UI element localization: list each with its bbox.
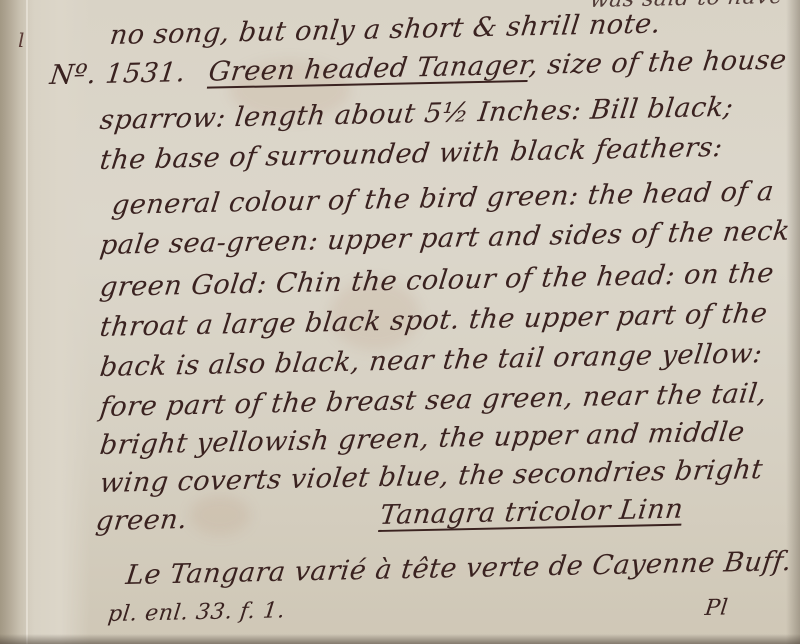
entry-title: Green headed Tanager <box>207 50 531 88</box>
page-mark: Pl <box>704 596 730 621</box>
entry-number: Nº. 1531. <box>48 57 187 91</box>
manuscript-line: bright yellowish green, the upper and mi… <box>98 417 746 461</box>
latin-name: Tanagra tricolor Linn <box>378 494 685 531</box>
manuscript-line: throat a large black spot. the upper par… <box>98 298 769 343</box>
entry-title-continuation: , size of the house <box>528 45 789 81</box>
manuscript-line: wing coverts violet blue, the secondries… <box>98 454 764 499</box>
margin-mark: l <box>18 28 25 52</box>
entry-header: Nº. 1531. Green headed Tanager, size of … <box>48 45 788 91</box>
manuscript-line: no song, but only a short & shrill note. <box>108 9 662 51</box>
manuscript-line: general colour of the bird green: the he… <box>110 176 776 221</box>
plate-reference: pl. enl. 33. f. 1. <box>107 598 287 627</box>
manuscript-line: back is also black, near the tail orange… <box>98 338 764 383</box>
manuscript-line: pale sea-green: upper part and sides of … <box>98 216 792 261</box>
manuscript-photo: was said to have l no song, but only a s… <box>0 0 800 644</box>
manuscript-line: fore part of the breast sea green, near … <box>98 378 768 423</box>
page-fold-shadow <box>0 0 34 644</box>
manuscript-line: sparrow: length about 5½ Inches: Bill bl… <box>98 92 735 136</box>
manuscript-line: the base of surrounded with black feathe… <box>98 132 724 176</box>
french-reference: Le Tangara varié à tête verte de Cayenne… <box>124 546 793 591</box>
manuscript-line: green Gold: Chin the colour of the head:… <box>98 258 776 303</box>
bottom-page-edge <box>0 634 800 644</box>
manuscript-line: green. <box>94 504 189 537</box>
paper-stain <box>190 495 250 535</box>
page-edge <box>26 0 28 644</box>
